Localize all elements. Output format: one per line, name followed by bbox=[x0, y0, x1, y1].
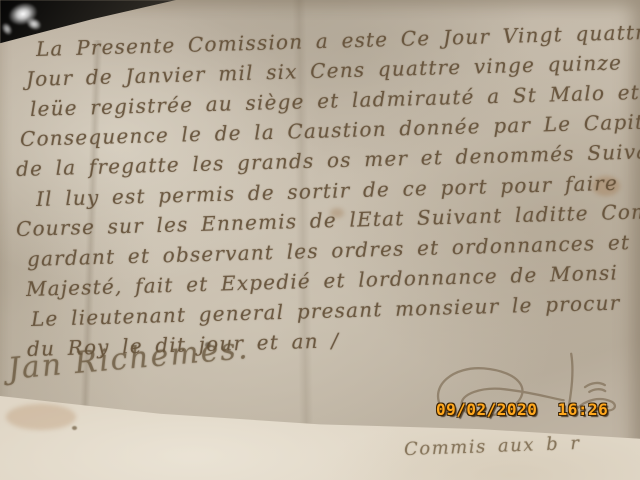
foil-highlight bbox=[24, 15, 43, 32]
manuscript-photo: La Presente Comission a este Ce Jour Vin… bbox=[0, 0, 640, 480]
camera-timestamp: 09/02/2020 16:26 bbox=[436, 400, 608, 419]
manuscript-text-block: La Presente Comission a este Ce Jour Vin… bbox=[0, 34, 640, 364]
signature-flourish-icon bbox=[423, 345, 637, 434]
